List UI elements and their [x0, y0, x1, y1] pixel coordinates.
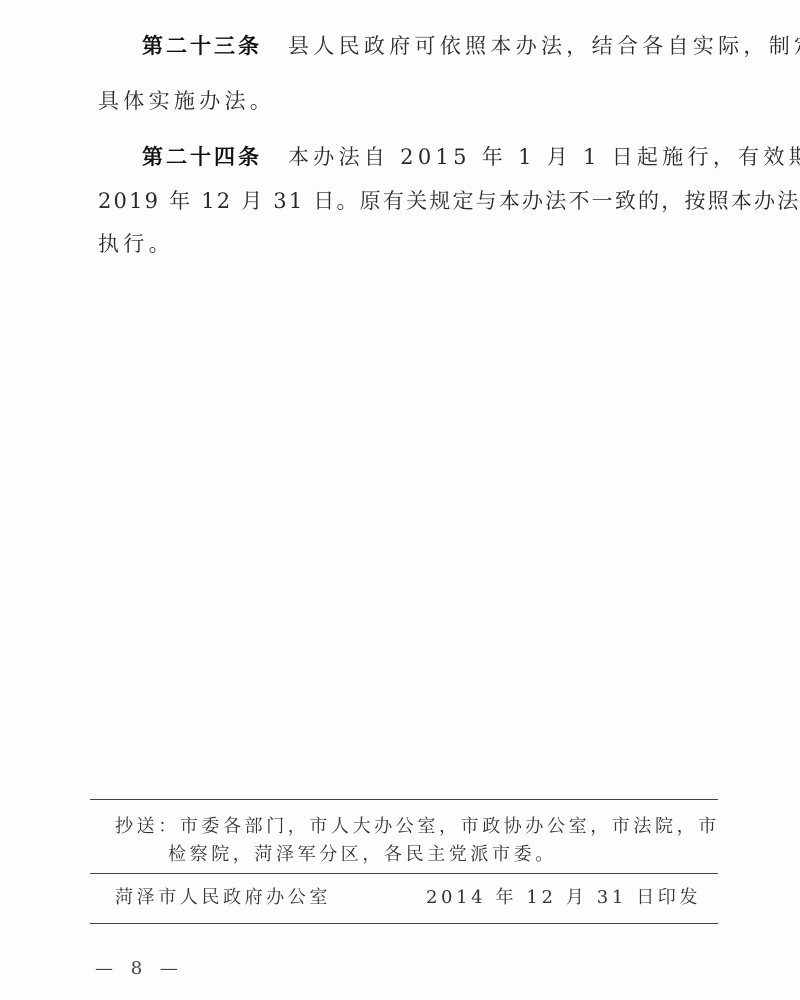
article-24-text-3: 执行。: [98, 232, 174, 256]
article-23-title: 第二十三条: [142, 34, 262, 58]
cc-recipients-2: 检察院，菏泽军分区，各民主党派市委。: [168, 844, 557, 865]
article-23-line-2: 具体实施办法。: [98, 87, 718, 115]
article-24-line-2: 2019 年 12 月 31 日。原有关规定与本办法不一致的，按照本办法: [98, 187, 718, 215]
cc-line-1: 抄送：市委各部门，市人大办公室，市政协办公室，市法院，市: [115, 815, 720, 839]
article-23-line-1: 第二十三条县人民政府可依照本办法，结合各自实际，制定: [98, 32, 718, 60]
article-24-line-1: 第二十四条本办法自 2015 年 1 月 1 日起施行，有效期至: [98, 143, 718, 171]
cc-top-rule: [90, 799, 718, 800]
article-24-text-1: 本办法自 2015 年 1 月 1 日起施行，有效期至: [288, 145, 800, 169]
article-24-text-2: 2019 年 12 月 31 日。原有关规定与本办法不一致的，按照本办法: [98, 189, 800, 213]
document-page: 第二十三条县人民政府可依照本办法，结合各自实际，制定 具体实施办法。 第二十四条…: [0, 0, 800, 1000]
cc-recipients-1: 市委各部门，市人大办公室，市政协办公室，市法院，市: [180, 816, 720, 837]
issuer-name: 菏泽市人民政府办公室: [115, 886, 331, 910]
cc-label: 抄送：: [115, 816, 180, 837]
issue-date: 2014 年 12 月 31 日印发: [386, 886, 701, 910]
article-23-text-1: 县人民政府可依照本办法，结合各自实际，制定: [288, 34, 800, 58]
cc-line-2: 检察院，菏泽军分区，各民主党派市委。: [168, 843, 557, 867]
article-24-title: 第二十四条: [142, 145, 262, 169]
article-23-text-2: 具体实施办法。: [98, 89, 275, 113]
article-24-line-3: 执行。: [98, 230, 718, 258]
issuer-bottom-rule: [90, 923, 718, 924]
page-number: — 8 —: [95, 958, 184, 979]
cc-bottom-rule: [90, 873, 718, 874]
